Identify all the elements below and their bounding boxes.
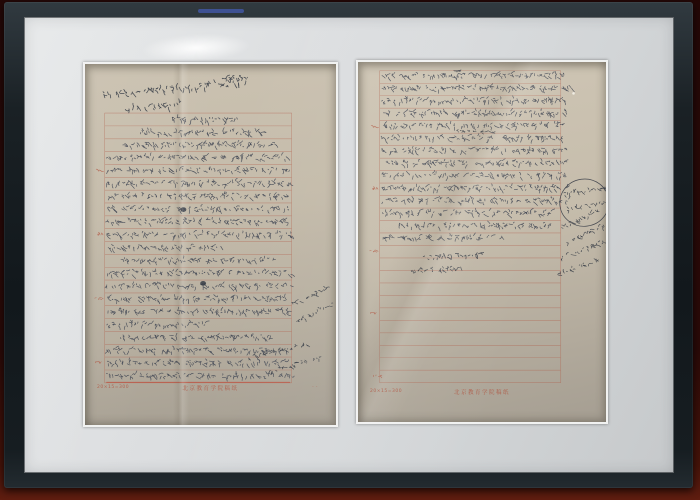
paper-crease bbox=[173, 64, 189, 425]
picture-frame: 20×15=300 北京教育学院稿纸 · · 20×15=300 北京教育学院稿… bbox=[4, 2, 693, 488]
photo-of-framed-manuscript: 20×15=300 北京教育学院稿纸 · · 20×15=300 北京教育学院稿… bbox=[0, 0, 700, 500]
page-number-marks: · · bbox=[312, 385, 318, 390]
manuscript-page-right: 20×15=300 北京教育学院稿纸 bbox=[356, 60, 608, 424]
grid-count-mark: 20×15=300 bbox=[370, 389, 402, 394]
stationery-imprint: 北京教育学院稿纸 bbox=[454, 389, 510, 397]
mat-board: 20×15=300 北京教育学院稿纸 · · 20×15=300 北京教育学院稿… bbox=[24, 17, 674, 473]
grid-count-mark: 20×15=300 bbox=[97, 385, 129, 390]
handwriting-left bbox=[85, 64, 336, 425]
glass-glint bbox=[198, 9, 244, 13]
paper-crease bbox=[358, 62, 606, 422]
stationery-footer-right-page: 20×15=300 北京教育学院稿纸 bbox=[358, 388, 606, 398]
glass-glare bbox=[139, 31, 252, 65]
stationery-imprint: 北京教育学院稿纸 bbox=[182, 385, 238, 393]
stationery-footer-left-page: 20×15=300 北京教育学院稿纸 · · bbox=[85, 384, 336, 394]
manuscript-page-left: 20×15=300 北京教育学院稿纸 · · bbox=[83, 62, 338, 427]
